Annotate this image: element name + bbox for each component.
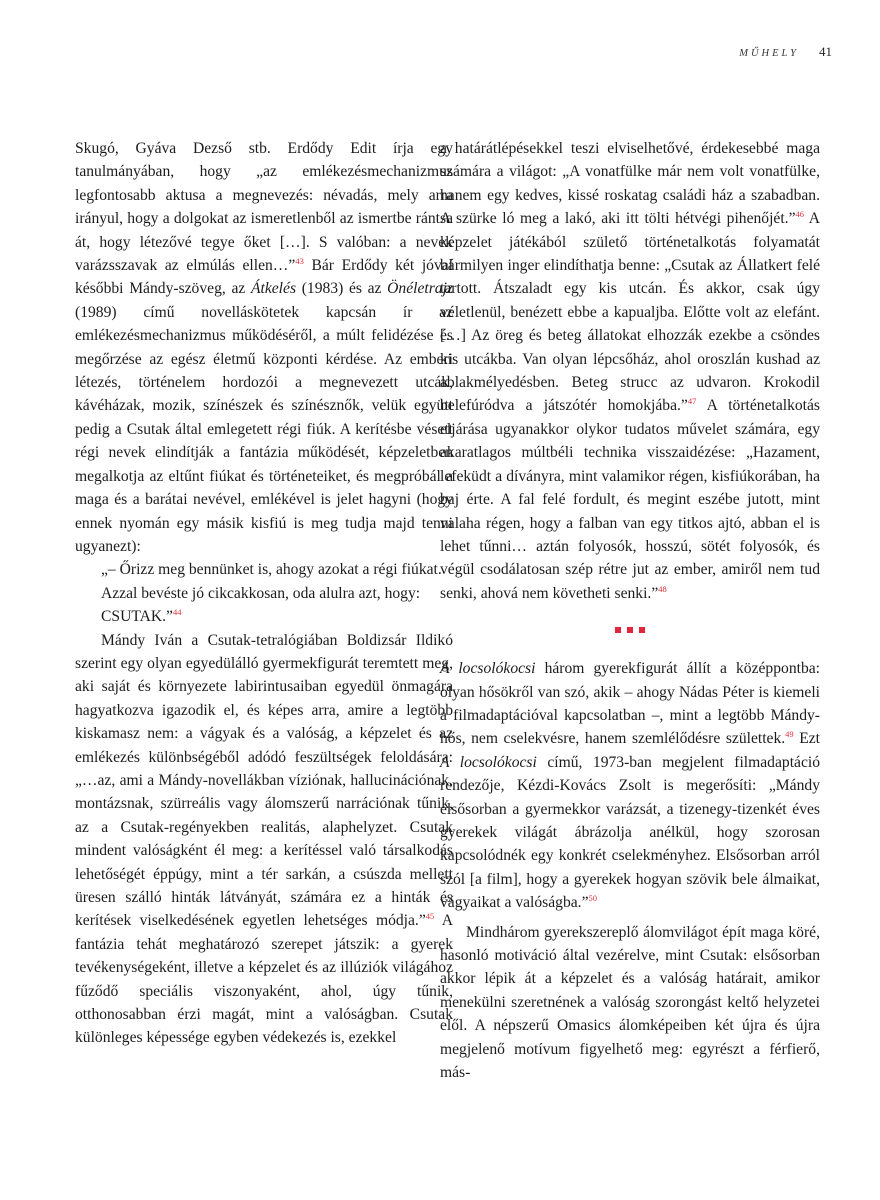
divider-square-icon [639, 627, 645, 633]
footnote-ref[interactable]: 48 [658, 584, 667, 594]
text: című, 1973-ban megjelent filmadaptáció r… [440, 754, 820, 911]
paragraph: Skugó, Gyáva Dezső stb. Erdődy Edit írja… [75, 137, 453, 558]
text: A fantázia tehát meghatározó szerepet já… [75, 912, 453, 1046]
paragraph: Mindhárom gyerekszereplő álomvilágot épí… [440, 921, 820, 1085]
footnote-ref[interactable]: 44 [173, 607, 182, 617]
text: a határátlépésekkel teszi elviselhetővé,… [440, 140, 820, 227]
running-head: MŰHELY 41 [739, 44, 832, 60]
section-name: MŰHELY [739, 48, 799, 59]
text: Ezt [794, 730, 820, 747]
text: A képzelet játékából születő történetalk… [440, 210, 820, 414]
paragraph: A locsolókocsi három gyerekfigurát állít… [440, 657, 820, 914]
text: Mándy Iván a Csutak-tetralógiában Boldiz… [75, 632, 453, 930]
footnote-ref[interactable]: 43 [295, 256, 304, 266]
right-column: a határátlépésekkel teszi elviselhetővé,… [440, 137, 820, 1084]
film-title: A locsolókocsi [440, 754, 537, 771]
footnote-ref[interactable]: 49 [785, 729, 794, 739]
block-quote-line: CSUTAK.”44 [75, 605, 453, 628]
footnote-ref[interactable]: 45 [426, 911, 435, 921]
block-quote-line: „– Őrizz meg bennünket is, ahogy azokat … [75, 558, 453, 581]
footnote-ref[interactable]: 46 [796, 209, 805, 219]
film-title: A locsolókocsi [440, 660, 535, 677]
text: CSUTAK.” [101, 608, 173, 625]
section-divider [440, 627, 820, 633]
paragraph: Mándy Iván a Csutak-tetralógiában Boldiz… [75, 629, 453, 1050]
divider-square-icon [627, 627, 633, 633]
block-quote-line: Azzal bevéste jó cikcakkosan, oda alulra… [75, 582, 453, 605]
page-number: 41 [819, 44, 832, 60]
text: A történetalkotás eljárása ugyanakkor ol… [440, 397, 820, 601]
left-column: Skugó, Gyáva Dezső stb. Erdődy Edit írja… [75, 137, 453, 1050]
text: (1983) és az [296, 280, 387, 297]
text: Skugó, Gyáva Dezső stb. Erdődy Edit írja… [75, 140, 453, 274]
divider-square-icon [615, 627, 621, 633]
text: (1989) című novelláskötetek kapcsán ír a… [75, 304, 453, 555]
footnote-ref[interactable]: 50 [589, 893, 598, 903]
book-title: Átkelés [251, 280, 296, 297]
paragraph: a határátlépésekkel teszi elviselhetővé,… [440, 137, 820, 605]
